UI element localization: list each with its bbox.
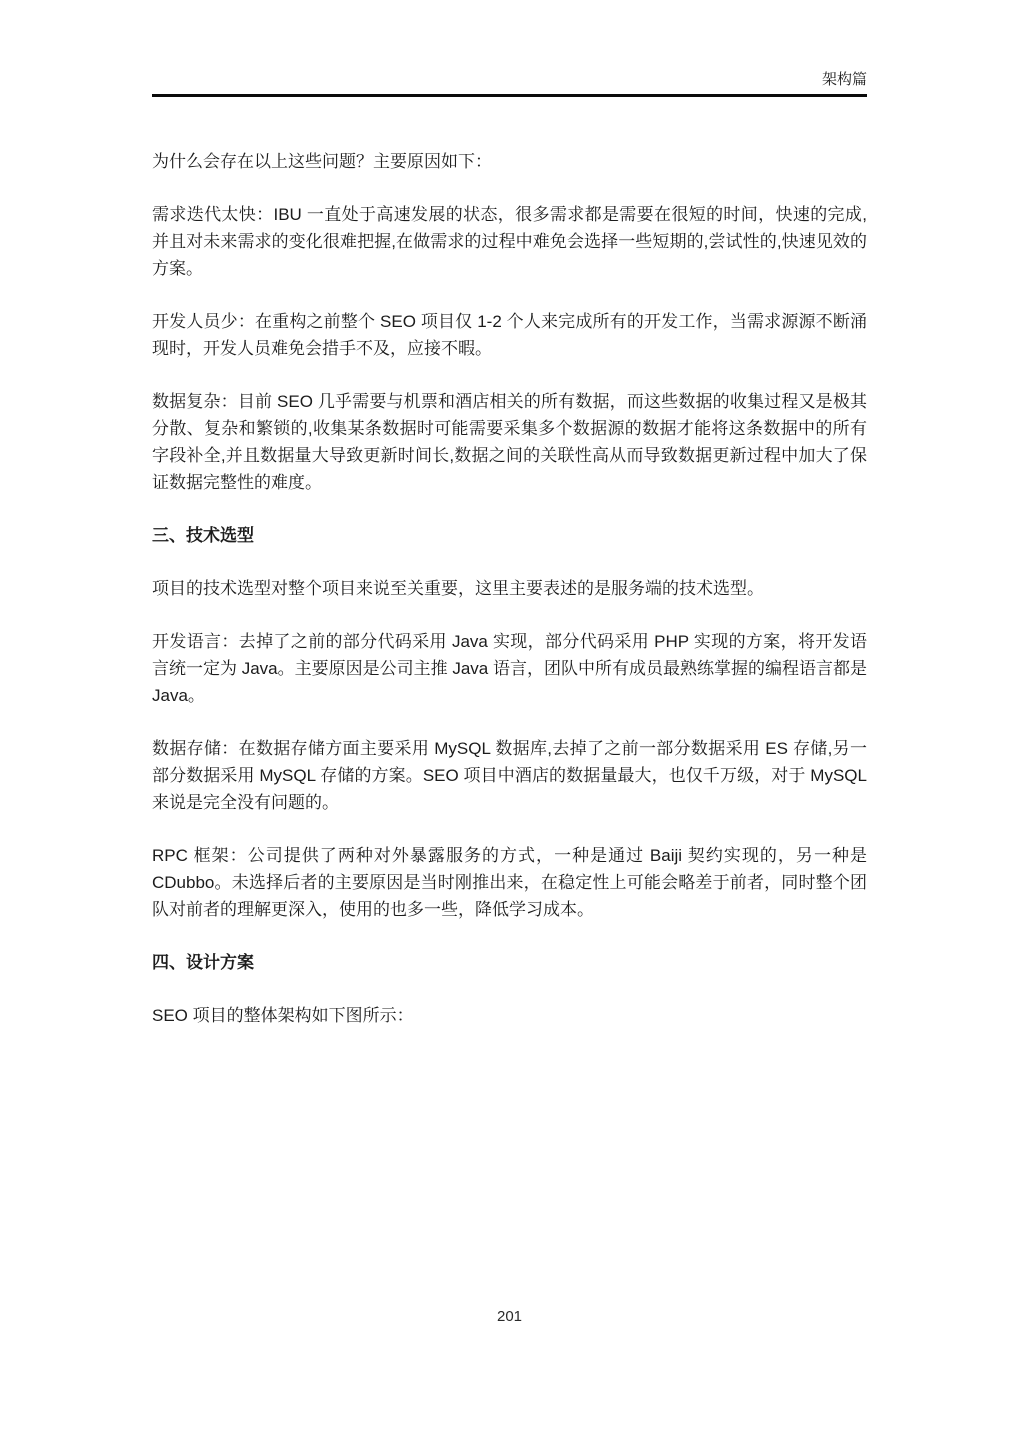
page-number: 201 xyxy=(497,1308,522,1325)
section-heading-tech-selection: 三、技术选型 xyxy=(152,522,867,549)
paragraph-few-developers: 开发人员少：在重构之前整个 SEO 项目仅 1-2 个人来完成所有的开发工作，当… xyxy=(152,308,867,362)
document-body: 为什么会存在以上这些问题？主要原因如下： 需求迭代太快：IBU 一直处于高速发展… xyxy=(152,148,867,1055)
paragraph-architecture-intro: SEO 项目的整体架构如下图所示： xyxy=(152,1002,867,1029)
paragraph-complex-data: 数据复杂：目前 SEO 几乎需要与机票和酒店相关的所有数据，而这些数据的收集过程… xyxy=(152,388,867,496)
paragraph-rpc-framework: RPC 框架：公司提供了两种对外暴露服务的方式，一种是通过 Baiji 契约实现… xyxy=(152,842,867,923)
page-footer: 201 xyxy=(0,1308,1019,1325)
paragraph-data-storage: 数据存储：在数据存储方面主要采用 MySQL 数据库,去掉了之前一部分数据采用 … xyxy=(152,735,867,816)
paragraph-tech-selection-intro: 项目的技术选型对整个项目来说至关重要，这里主要表述的是服务端的技术选型。 xyxy=(152,575,867,602)
paragraph-demand-iteration: 需求迭代太快：IBU 一直处于高速发展的状态，很多需求都是需要在很短的时间，快速… xyxy=(152,201,867,282)
page-header: 架构篇 xyxy=(152,70,867,97)
paragraph-intro-question: 为什么会存在以上这些问题？主要原因如下： xyxy=(152,148,867,175)
document-page: 架构篇 为什么会存在以上这些问题？主要原因如下： 需求迭代太快：IBU 一直处于… xyxy=(0,0,1019,1440)
header-rule xyxy=(152,94,867,97)
running-title: 架构篇 xyxy=(822,71,867,88)
paragraph-dev-language: 开发语言：去掉了之前的部分代码采用 Java 实现，部分代码采用 PHP 实现的… xyxy=(152,628,867,709)
section-heading-design-plan: 四、设计方案 xyxy=(152,949,867,976)
